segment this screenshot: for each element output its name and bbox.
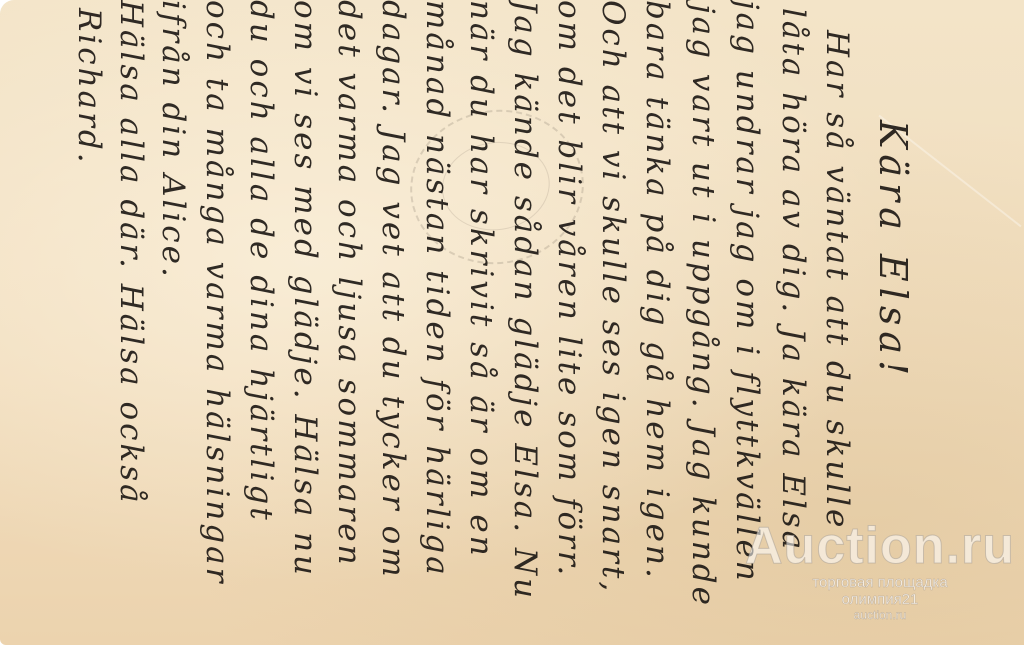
letter-line-12: det varma och ljusa sommaren: [333, 0, 364, 568]
watermark-tagline: торговая площадка: [735, 574, 1024, 591]
watermark-seller: олимпия21: [735, 591, 1024, 608]
letter-line-18: Richard.: [73, 8, 104, 166]
letter-line-11: dagar. Jag vet att du tycker om: [377, 0, 408, 580]
letter-line-1: Har så väntat att du skulle: [821, 30, 852, 530]
letter-line-10: månad nästan tiden för härliga: [421, 0, 452, 578]
letter-line-9: när du har skrivit så är om en: [465, 0, 496, 559]
letter-line-15: och ta många varma hälsningar: [201, 0, 232, 585]
letter-line-16: ifrån din Alice.: [157, 0, 188, 280]
letter-line-5: bara tänka på dig gå hem igen.: [641, 0, 672, 581]
postcard: Kära Elsa! Har så väntat att du skulle l…: [0, 0, 1024, 645]
letter-line-14: du och alla de dina hjärtligt: [245, 0, 276, 523]
letter-line-8: Jag kände sådan glädje Elsa. Nu: [509, 0, 540, 601]
letter-line-17: Hälsa alla där. Hälsa också: [115, 0, 146, 506]
letter-line-4: jag vart ut i uppgång. Jag kunde: [687, 4, 718, 608]
letter-line-6: Och att vi skulle ses igen snart,: [597, 0, 628, 594]
greeting: Kära Elsa!: [874, 120, 912, 381]
letter-line-2: låta höra av dig. Ja kära Elsa: [777, 8, 808, 552]
letter-line-7: om det blir våren lite som förr.: [553, 0, 584, 578]
letter-line-3: jag undrar jag om i flyttkvällen: [731, 0, 762, 584]
letter-line-13: om vi ses med glädje. Hälsa nu: [289, 0, 320, 578]
watermark-domain: auction.ru: [735, 608, 1024, 622]
